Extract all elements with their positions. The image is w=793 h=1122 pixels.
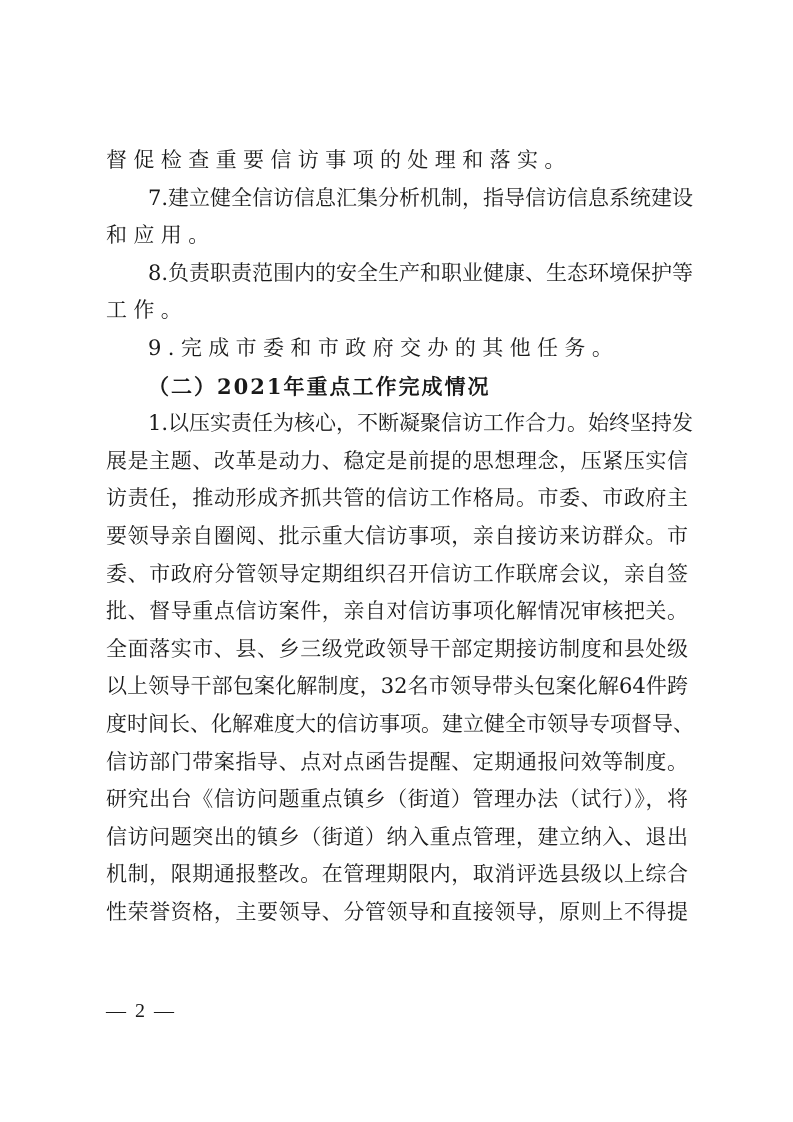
text-line: 性荣誉资格，主要领导、分管领导和直接领导，原则上不得提 — [106, 894, 688, 932]
text-line: 研究出台《信访问题重点镇乡（街道）管理办法（试行）》，将 — [106, 781, 688, 819]
text-line: 7.建立健全信访信息汇集分析机制，指导信访信息系统建设 — [106, 180, 688, 218]
section-heading: （二）2021年重点工作完成情况 — [106, 368, 688, 406]
text-line: 要领导亲自圈阅、批示重大信访事项，亲自接访来访群众。市 — [106, 518, 688, 556]
text-line: 信访问题突出的镇乡（街道）纳入重点管理，建立纳入、退出 — [106, 819, 688, 857]
text-line: 批、督导重点信访案件，亲自对信访事项化解情况审核把关。 — [106, 593, 688, 631]
text-line: 访责任，推动形成齐抓共管的信访工作格局。市委、市政府主 — [106, 480, 688, 518]
text-line: 以上领导干部包案化解制度，32名市领导带头包案化解64件跨 — [106, 668, 688, 706]
text-line: 工作。 — [106, 292, 688, 330]
text-line: 1.以压实责任为核心，不断凝聚信访工作合力。始终坚持发 — [106, 405, 688, 443]
text-line: 机制，限期通报整改。在管理期限内，取消评选县级以上综合 — [106, 856, 688, 894]
text-line: 委、市政府分管领导定期组织召开信访工作联席会议，亲自签 — [106, 556, 688, 594]
text-line: 督促检查重要信访事项的处理和落实。 — [106, 142, 688, 180]
text-line: 度时间长、化解难度大的信访事项。建立健全市领导专项督导、 — [106, 706, 688, 744]
document-body: 督促检查重要信访事项的处理和落实。 7.建立健全信访信息汇集分析机制，指导信访信… — [106, 142, 688, 931]
page-number: — 2 — — [106, 1000, 176, 1023]
text-line: 和应用。 — [106, 217, 688, 255]
text-line: 信访部门带案指导、点对点函告提醒、定期通报问效等制度。 — [106, 744, 688, 782]
text-line: 8.负责职责范围内的安全生产和职业健康、生态环境保护等 — [106, 255, 688, 293]
text-line: 全面落实市、县、乡三级党政领导干部定期接访制度和县处级 — [106, 631, 688, 669]
text-line: 展是主题、改革是动力、稳定是前提的思想理念，压紧压实信 — [106, 443, 688, 481]
text-line: 9.完成市委和市政府交办的其他任务。 — [106, 330, 688, 368]
